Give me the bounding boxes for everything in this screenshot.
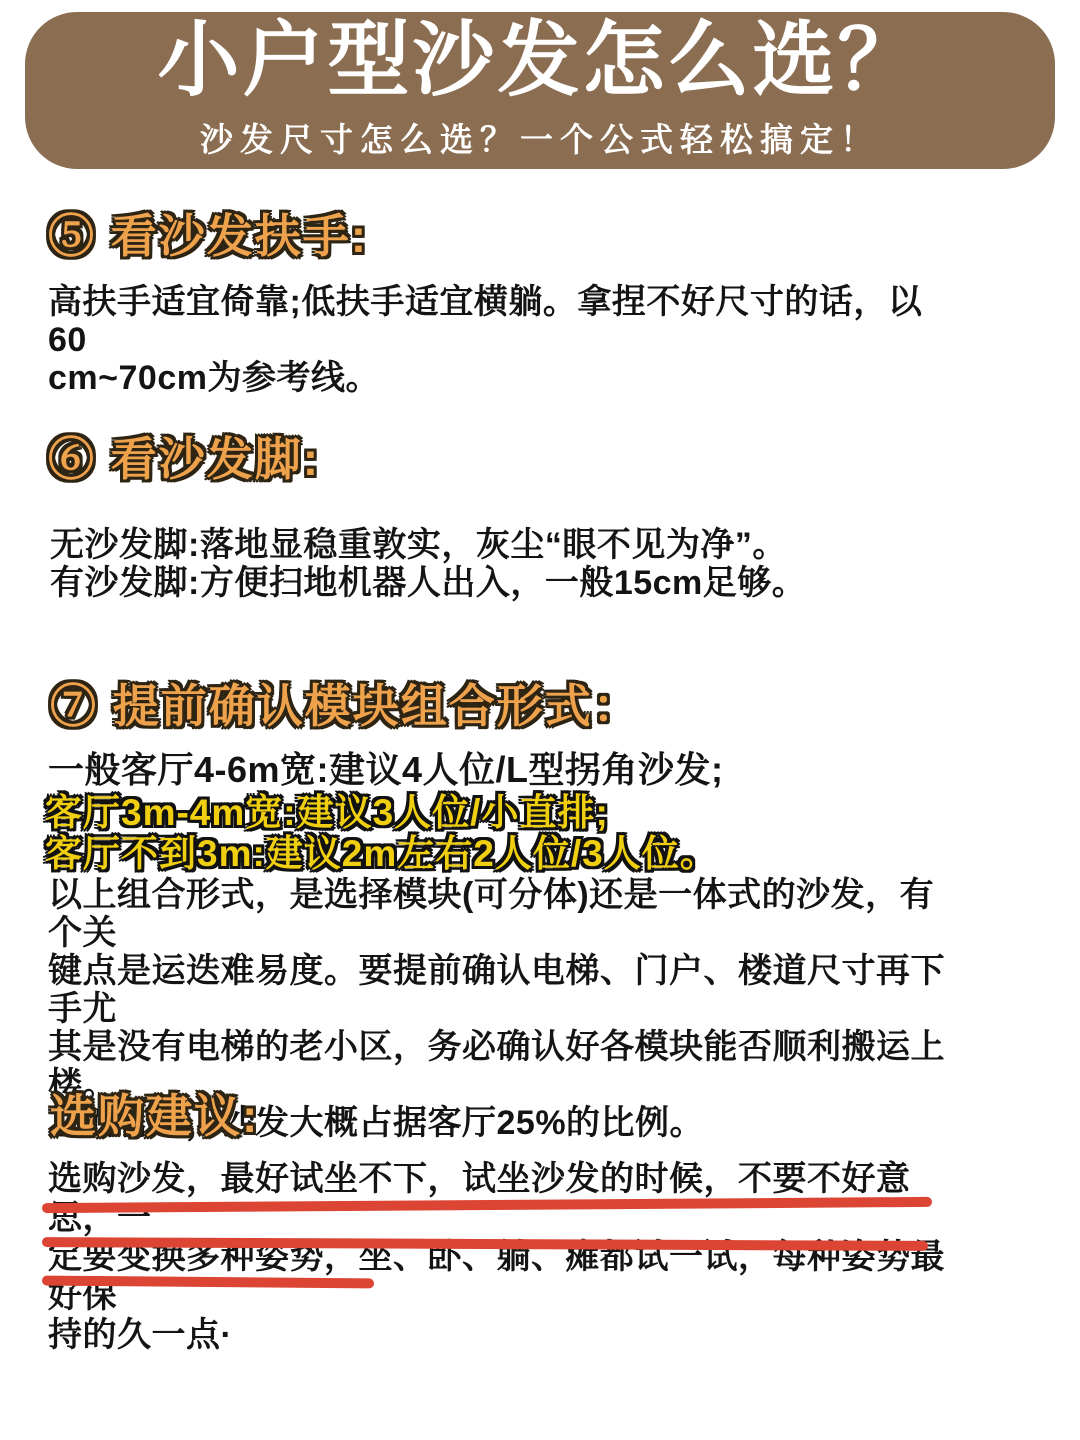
section-armrest-body: 高扶手适宜倚靠;低扶手适宜横躺。拿捏不好尺寸的话，以60 cm~70cm为参考线… [48, 283, 938, 397]
advice-body: 选购沙发，最好试坐不下，试坐沙发的时候，不要不好意思，一 定要变换多种姿势，坐、… [48, 1160, 958, 1355]
header-banner: 小户型沙发怎么选？ 沙发尺寸怎么选？一个公式轻松搞定！ [25, 12, 1055, 169]
section-modules-heading: ⑦ 提前确认模块组合形式： [50, 670, 641, 736]
section-legs-body: 无沙发脚:落地显稳重敦实，灰尘“眼不见为净”。 有沙发脚:方便扫地机器人出入，一… [50, 526, 970, 602]
section-legs-heading: ⑥ 看沙发脚: [48, 423, 320, 489]
page-subtitle: 沙发尺寸怎么选？一个公式轻松搞定！ [200, 114, 880, 161]
poster-page: 小户型沙发怎么选？ 沙发尺寸怎么选？一个公式轻松搞定！ ⑤ 看沙发扶手: 高扶手… [0, 0, 1080, 1440]
section-armrest-heading: ⑤ 看沙发扶手: [48, 200, 368, 266]
page-title: 小户型沙发怎么选？ [157, 20, 922, 102]
advice-heading: 选购建议: [50, 1080, 259, 1146]
section-modules-highlight: 客厅3m-4m宽:建议3人位/小直排; 客厅不到3m:建议2m左右2人位/3人位… [45, 792, 718, 874]
section-modules-lead: 一般客厅4-6m宽:建议4人位/L型拐角沙发; [48, 742, 724, 793]
